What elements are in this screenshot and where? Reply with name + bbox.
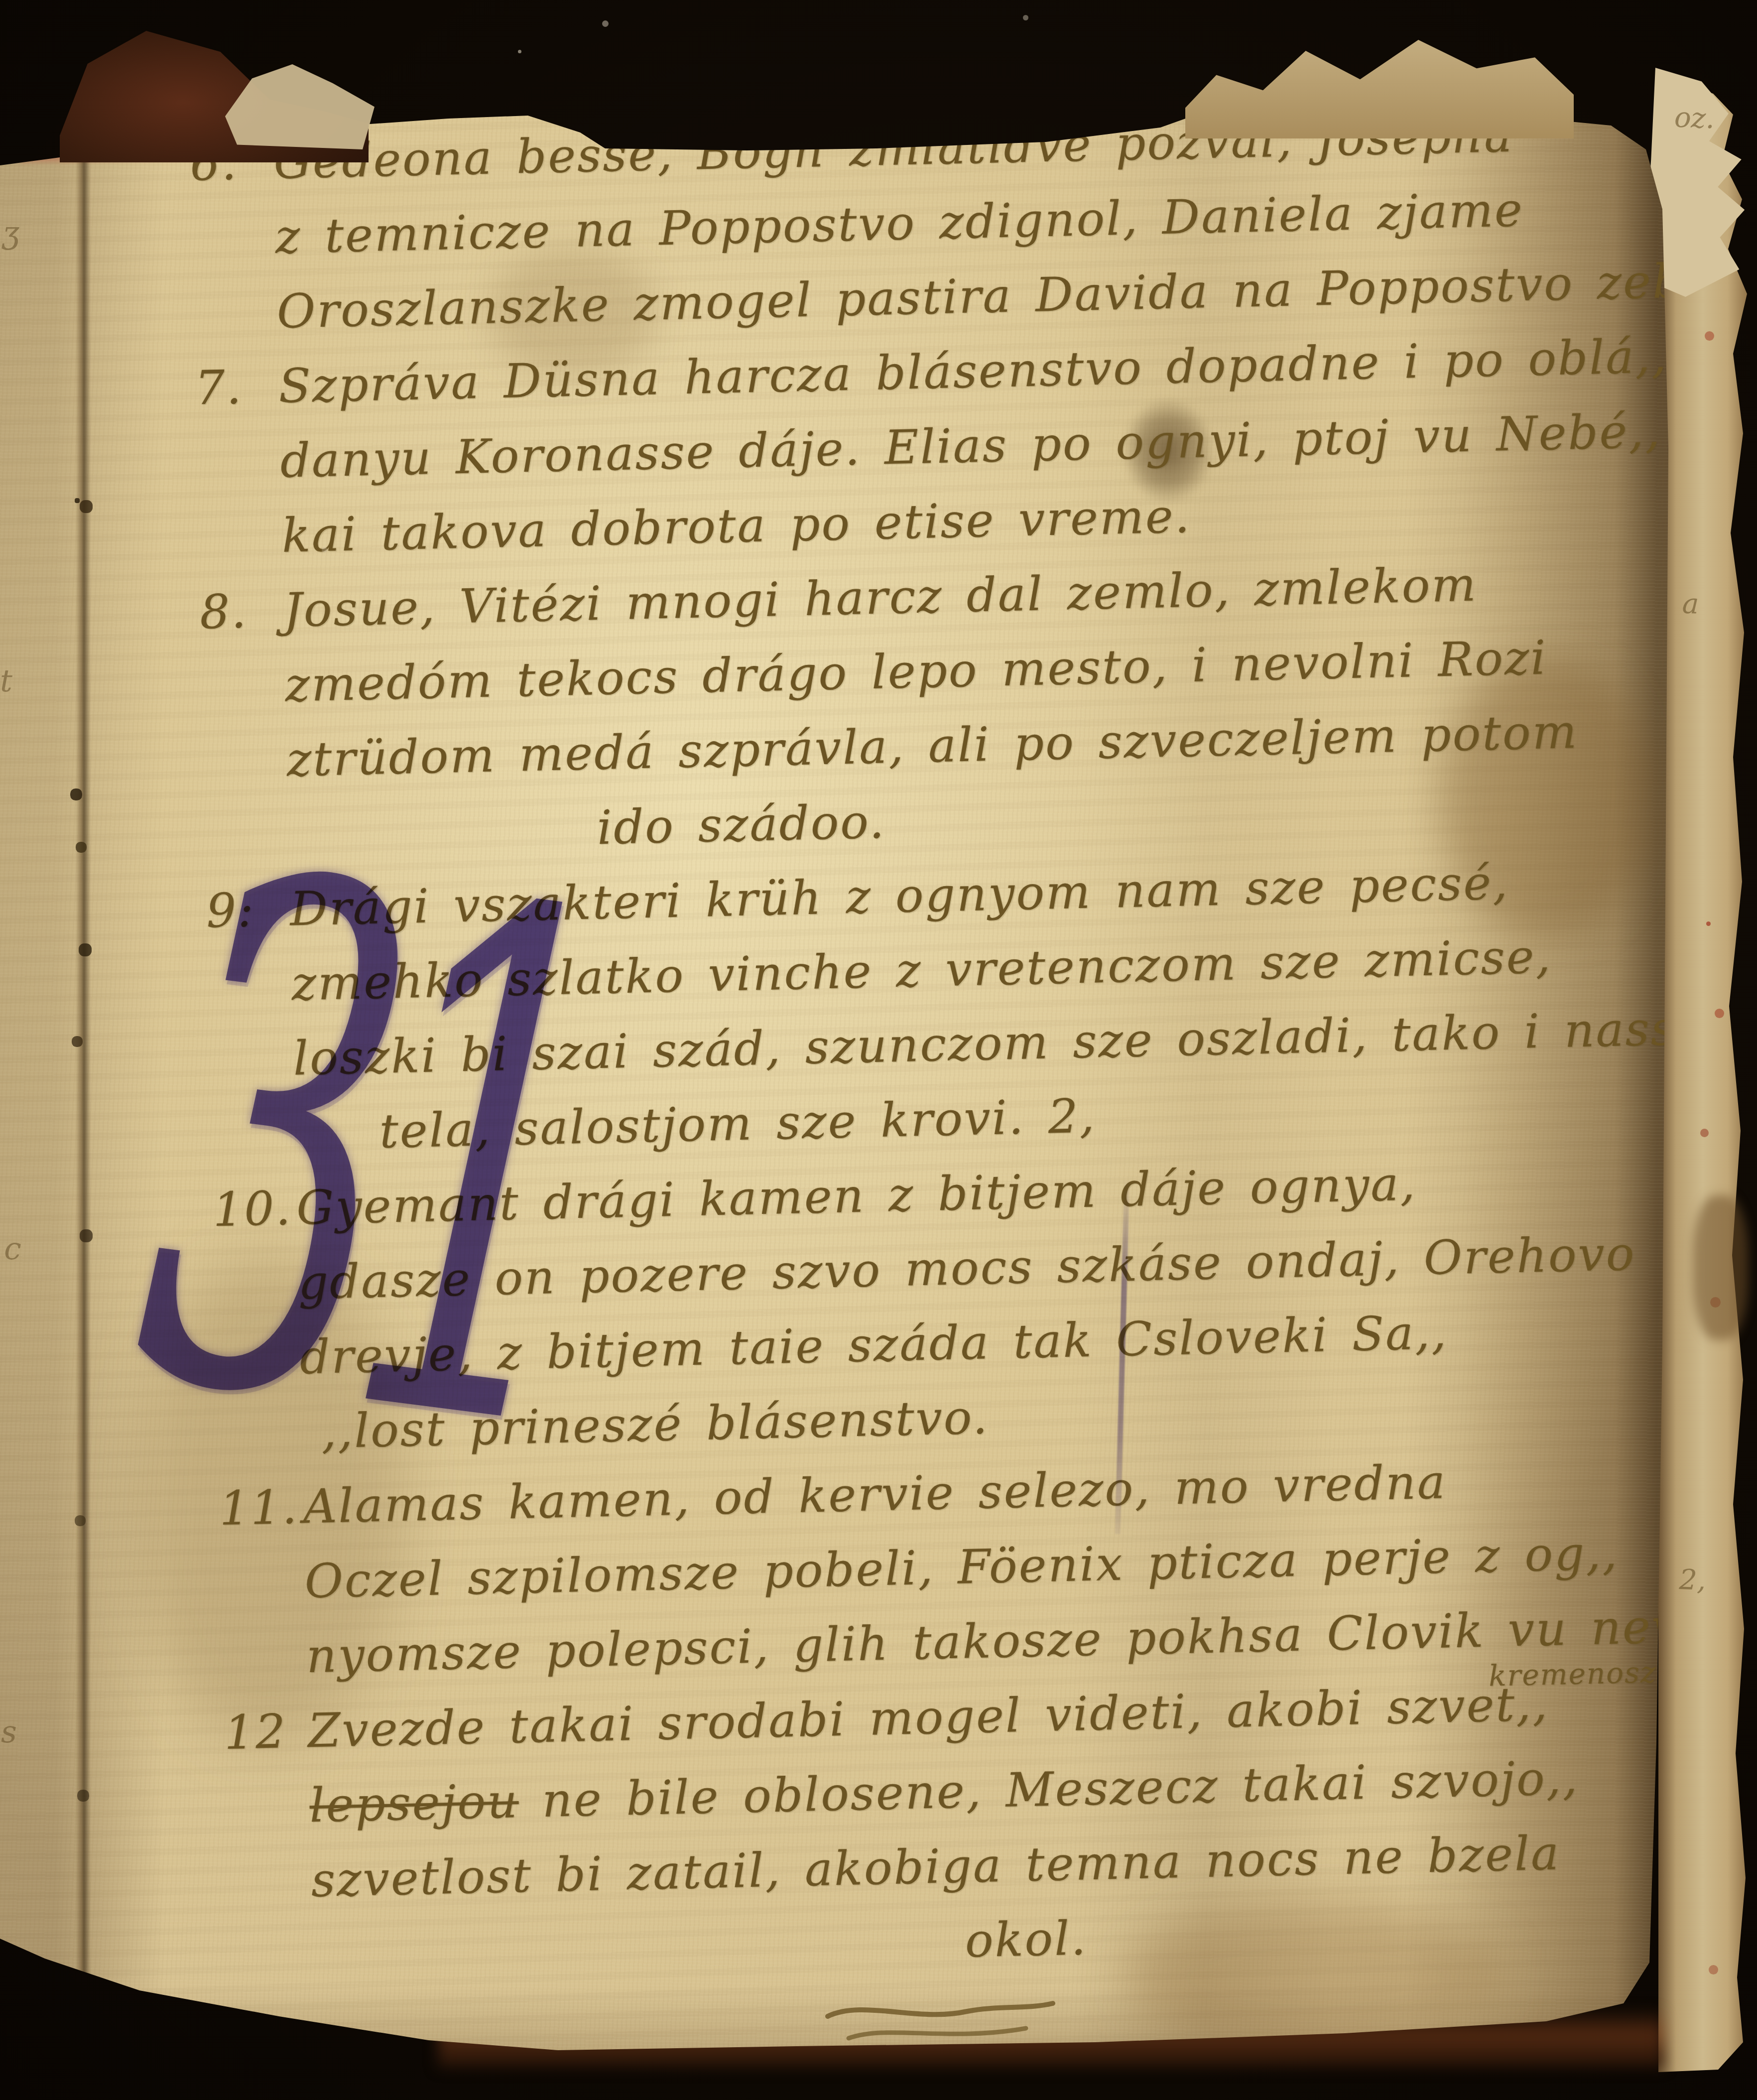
paper-flake <box>225 55 375 149</box>
item-number: 8. <box>199 574 249 650</box>
struck-out-word: lepsejou <box>309 1774 519 1833</box>
interlinear-insertion: kremenosz <box>1488 1635 1657 1713</box>
letter-fragment: t <box>0 662 12 699</box>
line-text: kai takova dobrota po etise vreme. <box>281 489 1192 563</box>
letter-fragment: ʒ <box>2 214 19 251</box>
fore-edge-stain <box>1693 1195 1748 1340</box>
letter-fragment: c <box>4 1230 21 1267</box>
line-text: ido szádoo. <box>597 795 886 856</box>
bleedthrough-fragment: a <box>1682 587 1700 620</box>
bleedthrough-fragment: 2, <box>1679 1564 1707 1597</box>
item-number: 12 <box>224 1695 288 1771</box>
spine-crease <box>76 149 91 1982</box>
binding-stitches <box>75 498 80 503</box>
folio-number-crayon: 31 <box>119 782 609 1529</box>
fore-edge-page-stack <box>1658 85 1757 2072</box>
manuscript-page: 6.Gedeona besse, Bogh zmlatidve pozval, … <box>0 0 1669 2100</box>
dust-specks <box>518 50 521 53</box>
line-text: okol. <box>965 1911 1088 1968</box>
bleedthrough-fragment: oz. <box>1674 102 1715 135</box>
manuscript-photo: 6.Gedeona besse, Bogh zmlatidve pozval, … <box>0 0 1757 2100</box>
line-text: ne bile oblosene, Meszecz takai szvojo,, <box>518 1751 1579 1829</box>
item-number: 7. <box>194 350 244 426</box>
letter-fragment: s <box>1 1713 17 1750</box>
paper-flake <box>1185 29 1574 138</box>
